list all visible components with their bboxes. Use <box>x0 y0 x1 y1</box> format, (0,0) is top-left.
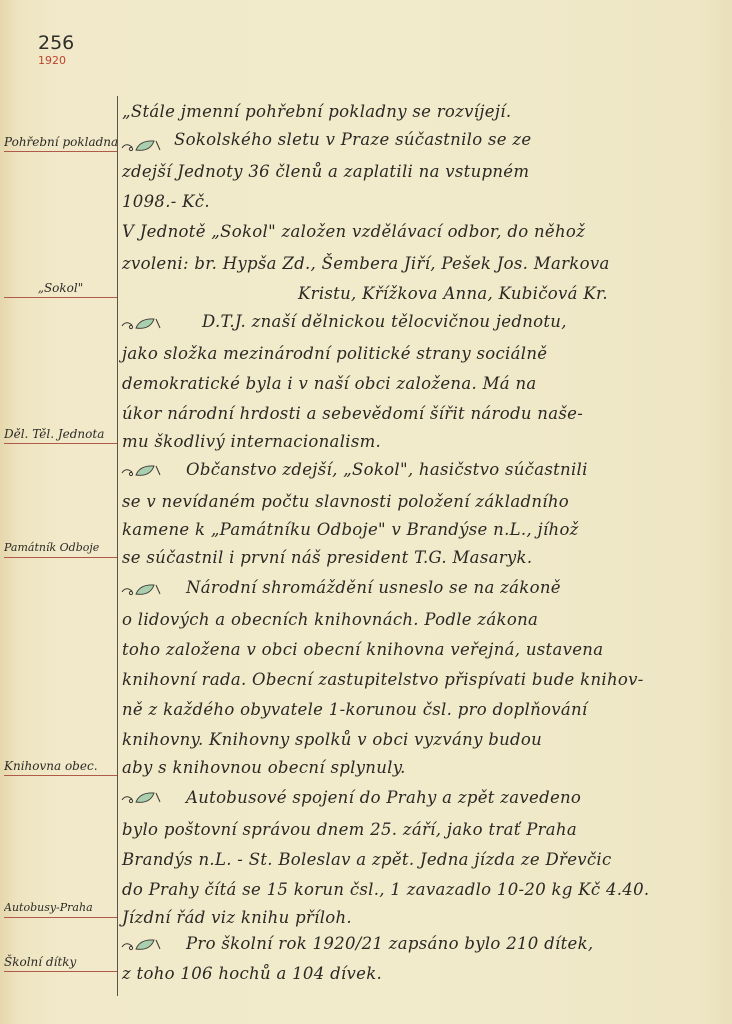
entry-line: Kristu, Křížkova Anna, Kubičová Kr. <box>298 284 608 303</box>
entry-line: demokratické byla i v naší obci založena… <box>122 374 537 393</box>
entry-line: Autobusové spojení do Prahy a zpět zaved… <box>186 788 581 807</box>
entry-line: D.T.J. znaší dělnickou tělocvičnou jedno… <box>202 312 567 331</box>
margin-note-del-tel-jednota: Děl. Těl. Jednota <box>4 426 117 444</box>
entry-line: Jízdní řád viz knihu příloh. <box>122 908 352 927</box>
leaf-ornament-icon <box>120 582 166 598</box>
entry-line: kamene k „Památníku Odboje" v Brandýse n… <box>122 520 579 539</box>
entry-line: Pro školní rok 1920/21 zapsáno bylo 210 … <box>186 934 593 953</box>
leaf-ornament-icon <box>120 937 166 953</box>
entry-line: úkor národní hrdosti a sebevědomí šířit … <box>122 404 583 423</box>
entry-line: se v nevídaném počtu slavnosti položení … <box>122 492 569 511</box>
chronicle-page: 256 1920 Pohřební pokladna „Sokol" Děl. … <box>0 0 732 1024</box>
entry-line: se súčastnil i první náš president T.G. … <box>122 548 532 567</box>
entry-line: Brandýs n.L. - St. Boleslav a zpět. Jedn… <box>122 850 612 869</box>
entry-line: z toho 106 hochů a 104 dívek. <box>122 964 382 983</box>
margin-note-sokol: „Sokol" <box>4 280 117 298</box>
entry-line: knihovní rada. Obecní zastupitelstvo při… <box>122 670 644 689</box>
entry-line: o lidových a obecních knihovnách. Podle … <box>122 610 538 629</box>
entry-line: toho založena v obci obecní knihovna veř… <box>122 640 603 659</box>
margin-note-autobusy: Autobusy-Praha <box>4 900 117 918</box>
entry-line: aby s knihovnou obecní splynuly. <box>122 758 406 777</box>
entry-line: zvoleni: br. Hypša Zd., Šembera Jiří, Pe… <box>122 254 610 273</box>
entry-line: „Stále jmenní pohřební pokladny se rozví… <box>122 102 511 121</box>
leaf-ornament-icon <box>120 138 166 154</box>
entry-line: Občanstvo zdejší, „Sokol", hasičstvo súč… <box>186 460 588 479</box>
leaf-ornament-icon <box>120 316 166 332</box>
entry-line: V Jednotě „Sokol" založen vzdělávací odb… <box>122 222 585 241</box>
entry-line: mu škodlivý internacionalism. <box>122 432 381 451</box>
entry-line: bylo poštovní správou dnem 25. září, jak… <box>122 820 577 839</box>
margin-vertical-rule <box>117 96 118 996</box>
entry-line: ně z každého obyvatele 1-korunou čsl. pr… <box>122 700 588 719</box>
margin-note-skolni-ditky: Školní dítky <box>4 954 117 972</box>
margin-note-pamatnik-odboje: Památník Odboje <box>4 540 117 558</box>
entry-line: knihovny. Knihovny spolků v obci vyzvány… <box>122 730 542 749</box>
margin-column: Pohřební pokladna „Sokol" Děl. Těl. Jedn… <box>0 0 117 1024</box>
entry-line: 1098.- Kč. <box>122 192 210 211</box>
entry-line: Sokolského sletu v Praze súčastnilo se z… <box>174 130 531 149</box>
entry-line: Národní shromáždění usneslo se na zákoně <box>186 578 561 597</box>
leaf-ornament-icon <box>120 790 166 806</box>
entry-line: zdejší Jednoty 36 členů a zaplatili na v… <box>122 162 529 181</box>
entry-line: jako složka mezinárodní politické strany… <box>122 344 547 363</box>
margin-note-pohrebni-pokladna: Pohřební pokladna <box>4 134 117 152</box>
leaf-ornament-icon <box>120 463 166 479</box>
entry-line: do Prahy čítá se 15 korun čsl., 1 zavaza… <box>122 880 649 899</box>
margin-note-knihovna: Knihovna obec. <box>4 758 117 776</box>
